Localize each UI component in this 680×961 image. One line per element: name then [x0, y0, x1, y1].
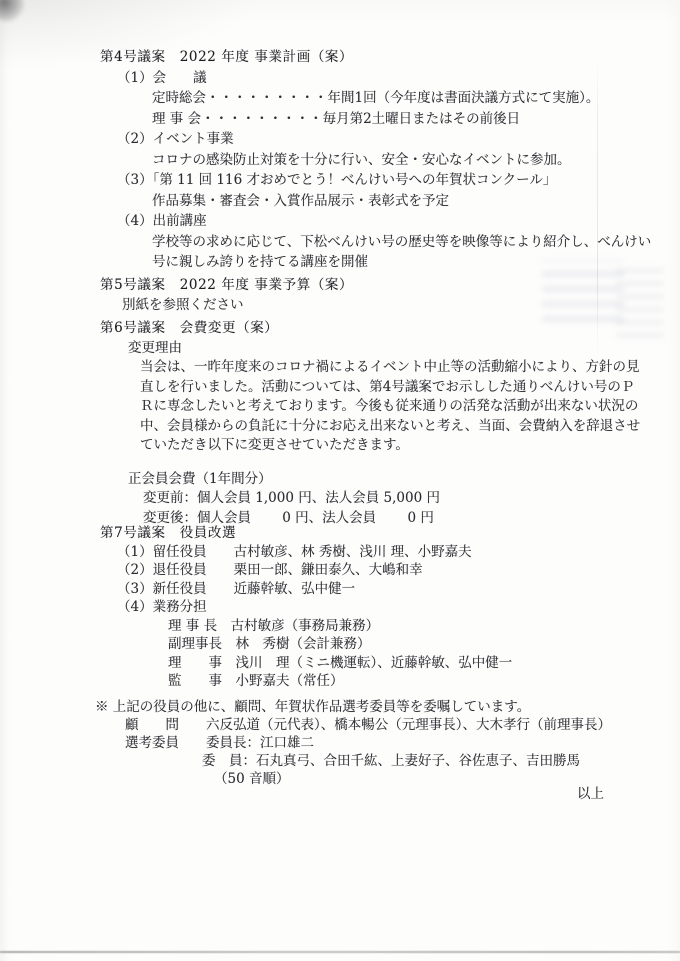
section-title: 第4号議案 2022 年度 事業計画（案） — [0, 47, 680, 68]
paper-bottom-edge — [0, 951, 680, 953]
doc-line: 理 事 長 古村敏彦（事務局兼務） — [0, 617, 680, 636]
doc-line: 変更前：個人会員 1,000 円、法人会員 5,000 円 — [0, 489, 680, 509]
doc-line: 作品募集・審査会・入賞作品展示・表彰式を予定 — [0, 191, 680, 212]
doc-line: （4）業務分担 — [0, 598, 680, 617]
doc-line: 学校等の求めに応じて、下松べんけい号の歴史等を映像等により紹介し、べんけい — [0, 232, 680, 253]
doc-line: 定時総会・・・・・・・・・年間1回（今年度は書面決議方式にて実施）。 — [0, 88, 680, 109]
scanned-document-page: 第4号議案 2022 年度 事業計画（案） （1）会 議 定時総会・・・・・・・… — [0, 0, 680, 961]
doc-line: Ｒに専念したいと考えております。今後も従来通りの活発な活動が出来ない状況の — [0, 397, 680, 417]
doc-line: （1）会 議 — [0, 68, 680, 89]
doc-line: （1）留任役員 古村敏彦、林 秀樹、浅川 理、小野嘉夫 — [0, 543, 680, 562]
committee-note: ※ 上記の役員の他に、顧問、年賀状作品選考委員等を委嘱しています。 顧 問 六反… — [0, 698, 680, 788]
doc-line: （2）退任役員 栗田一郎、鎌田泰久、大嶋和幸 — [0, 561, 680, 580]
doc-line: 顧 問 六反弘道（元代表）、橋本暢公（元理事長）、大木孝行（前理事長） — [0, 716, 680, 734]
doc-line: 中、会員様からの負託に十分にお応え出来ないと考え、当面、会費納入を辞退させ — [0, 417, 680, 437]
agenda-section-7: 第7号議案 役員改選 （1）留任役員 古村敏彦、林 秀樹、浅川 理、小野嘉夫 （… — [0, 524, 680, 691]
doc-line: （3）新任役員 近藤幹敏、弘中健一 — [0, 580, 680, 599]
doc-line: 理 事 浅川 理（ミニ機運転）、近藤幹敏、弘中健一 — [0, 654, 680, 673]
doc-line: ※ 上記の役員の他に、顧問、年賀状作品選考委員等を委嘱しています。 — [0, 698, 680, 716]
closing-statement: 以上 — [577, 782, 604, 802]
doc-line: （4）出前講座 — [0, 211, 680, 232]
doc-line: 変更理由 — [0, 339, 680, 359]
doc-line: 監 事 小野嘉夫（常任） — [0, 672, 680, 691]
agenda-section-4: 第4号議案 2022 年度 事業計画（案） （1）会 議 定時総会・・・・・・・… — [0, 47, 680, 273]
section-title: 第5号議案 2022 年度 事業予算（案） — [0, 275, 680, 295]
doc-line: 委 員：石丸真弓、合田千紘、上妻好子、谷佐恵子、吉田勝馬 — [0, 752, 680, 770]
doc-line: （3）「第 11 回 116 才おめでとう！べんけい号への年賀状コンクール」 — [0, 170, 680, 191]
doc-line: 副理事長 林 秀樹（会計兼務） — [0, 635, 680, 654]
doc-line: 別紙を参照ください — [0, 295, 680, 315]
doc-line: 理 事 会・・・・・・・・・毎月第2土曜日またはその前後日 — [0, 109, 680, 130]
doc-line: 選考委員 委員長：江口雄二 — [0, 734, 680, 752]
agenda-section-5: 第5号議案 2022 年度 事業予算（案） 別紙を参照ください — [0, 275, 680, 315]
doc-line: （2）イベント事業 — [0, 129, 680, 150]
agenda-section-6: 第6号議案 会費変更（案） 変更理由 当会は、一昨年度来のコロナ禍によるイベント… — [0, 319, 680, 528]
section-title: 第6号議案 会費変更（案） — [0, 319, 680, 339]
doc-line: 号に親しみ誇りを持てる講座を開催 — [0, 252, 680, 273]
doc-line: 当会は、一昨年度来のコロナ禍によるイベント中止等の活動縮小により、方針の見 — [0, 358, 680, 378]
doc-line: ていただき以下に変更させていただきます。 — [0, 436, 680, 456]
section-title: 第7号議案 役員改選 — [0, 524, 680, 543]
doc-line: 直しを行いました。活動については、第4号議案でお示しした通りべんけい号のＰ — [0, 378, 680, 398]
doc-line: 正会員会費（1年間分） — [0, 470, 680, 490]
doc-line: コロナの感染防止対策を十分に行い、安全・安心なイベントに参加。 — [0, 150, 680, 171]
